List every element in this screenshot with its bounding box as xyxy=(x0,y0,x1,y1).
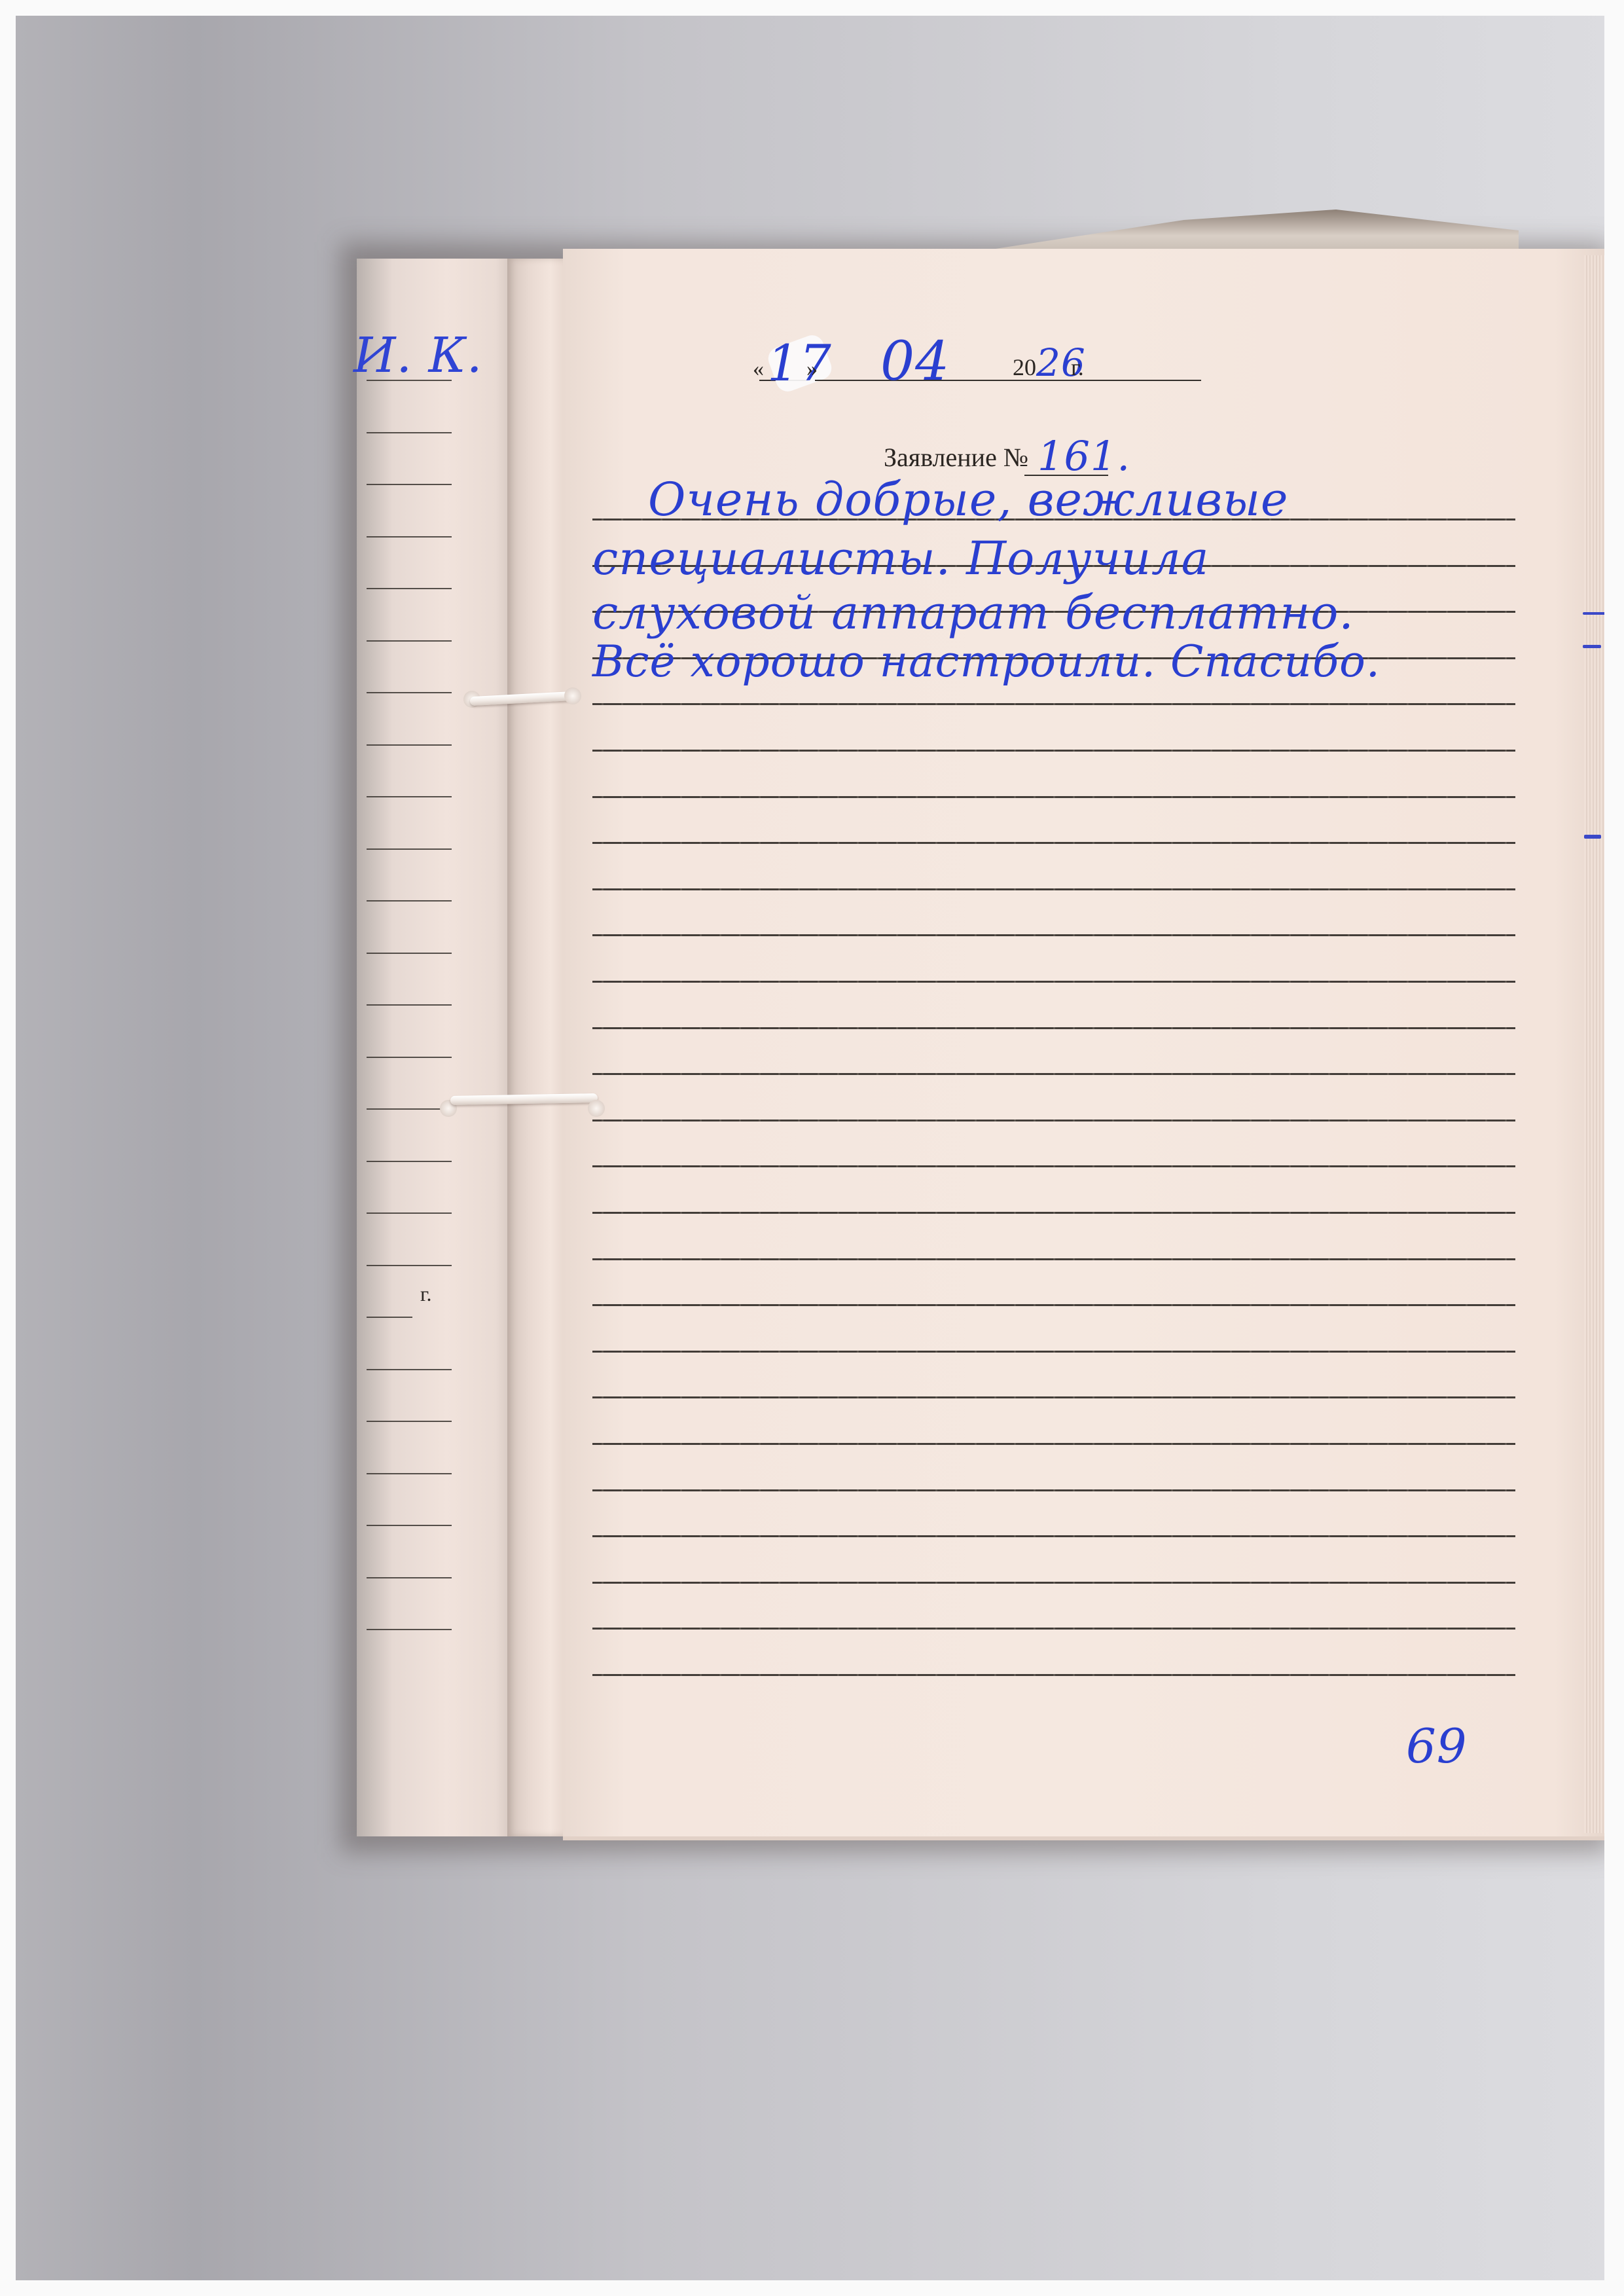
date-year-prefix: 20 xyxy=(1013,354,1036,381)
ruled-line xyxy=(592,888,1515,890)
date-close-quote: » xyxy=(806,357,818,382)
date-open-quote: « xyxy=(753,357,764,382)
body-line-1: Очень добрые, вежливые xyxy=(648,473,1288,526)
stitch-hole xyxy=(564,687,581,704)
ruled-line xyxy=(592,750,1515,752)
ruled-line xyxy=(592,703,1515,705)
ruled-line xyxy=(592,1165,1515,1167)
month-underline xyxy=(815,380,1201,381)
ruled-line xyxy=(592,1535,1515,1537)
stub-ruled-line xyxy=(367,953,452,954)
date-month: 04 xyxy=(880,331,950,393)
ruled-line xyxy=(592,1073,1515,1075)
ruled-line xyxy=(592,981,1515,983)
stub-year-marker: г. xyxy=(420,1282,432,1306)
ruled-line xyxy=(592,1674,1515,1676)
ruled-line xyxy=(592,1582,1515,1584)
page-stack-edge xyxy=(1584,255,1607,1833)
body-line-4: Всё хорошо настроили. Спасибо. xyxy=(592,636,1380,687)
stub-ruled-line xyxy=(367,900,452,902)
ruled-line xyxy=(592,1120,1515,1121)
body-line-2: специалисты. Получила xyxy=(592,532,1209,585)
stub-ruled-line xyxy=(367,432,452,433)
stub-ruled-line xyxy=(367,1421,452,1422)
ruled-line xyxy=(592,934,1515,936)
ruled-line xyxy=(592,1351,1515,1353)
ruled-line xyxy=(592,1443,1515,1445)
stub-ruled-line xyxy=(367,1057,452,1058)
date-year-marker: г. xyxy=(1071,354,1084,381)
stub-ruled-line xyxy=(367,640,452,642)
ruled-line xyxy=(592,1258,1515,1260)
stub-ruled-line xyxy=(367,1369,452,1370)
stub-ruled-line xyxy=(367,1473,452,1474)
stub-ruled-line xyxy=(367,588,452,589)
stub-ruled-line xyxy=(367,744,452,746)
stub-ruled-line xyxy=(367,1525,452,1526)
stub-ruled-line xyxy=(367,1317,412,1318)
stub-ruled-line xyxy=(367,1004,452,1006)
stub-ruled-line xyxy=(367,1265,452,1266)
ruled-line xyxy=(592,796,1515,798)
ruled-line xyxy=(592,1304,1515,1306)
stub-ruled-line xyxy=(367,692,452,693)
stub-ruled-line xyxy=(367,1629,452,1630)
counterfoil-stub xyxy=(357,259,520,1836)
ruled-line xyxy=(592,1489,1515,1491)
stub-ruled-line xyxy=(367,536,452,538)
stitch-hole xyxy=(588,1100,605,1117)
ink-mark xyxy=(1584,835,1601,839)
page-number: 69 xyxy=(1406,1719,1468,1774)
ruled-line xyxy=(592,1212,1515,1214)
stub-initials: И. К. xyxy=(353,327,482,384)
ink-mark xyxy=(1583,612,1608,615)
stub-ruled-line xyxy=(367,796,452,797)
body-line-3: слуховой аппарат бесплатно. xyxy=(592,586,1354,640)
ink-mark xyxy=(1583,645,1601,648)
ruled-line xyxy=(592,1628,1515,1630)
date-day: 17 xyxy=(767,334,832,392)
stub-ruled-line xyxy=(367,484,452,485)
stub-ruled-line xyxy=(367,1212,452,1214)
ruled-line xyxy=(592,842,1515,844)
statement-label: Заявление № xyxy=(884,442,1028,473)
stub-ruled-line xyxy=(367,848,452,850)
ruled-line xyxy=(592,1027,1515,1029)
stub-ruled-line xyxy=(367,1108,452,1110)
stub-ruled-line xyxy=(367,1577,452,1578)
ruled-line xyxy=(592,1396,1515,1398)
stub-ruled-line xyxy=(367,1161,452,1162)
